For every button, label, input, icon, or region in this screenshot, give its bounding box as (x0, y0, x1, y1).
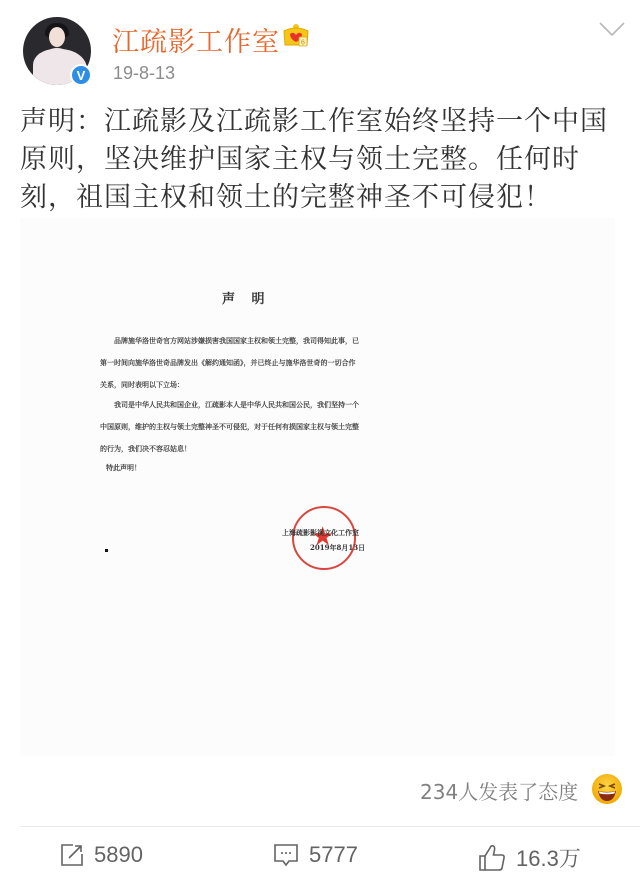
thumbs-up-icon (478, 844, 506, 872)
document-signature: 上海疏影影视文化工作室 (282, 528, 359, 538)
author-name[interactable]: 江疏影工作室 (112, 20, 280, 59)
divider (20, 826, 640, 827)
comment-count: 5777 (309, 842, 358, 868)
post-date: 19-8-13 (113, 63, 175, 84)
document-closing: 特此声明！ (106, 463, 141, 473)
repost-button[interactable]: 5890 (60, 842, 143, 868)
document-title: 声 明 (222, 288, 271, 307)
statement-image[interactable]: 声 明 品牌施华洛世奇官方网站涉嫌损害我国国家主权和领土完整，我司得知此事，已第… (20, 218, 615, 756)
post-header: V 江疏影工作室 6 19-8-13 (0, 0, 640, 95)
attitude-count[interactable]: 234人发表了态度 (420, 776, 578, 805)
document-mark (105, 549, 108, 552)
crown-icon[interactable]: 6 (282, 23, 310, 49)
comment-button[interactable]: 5777 (273, 842, 358, 868)
repost-icon (60, 843, 84, 867)
like-count: 16.3万 (516, 842, 581, 873)
document-signature-date: 2019年8月13日 (310, 543, 365, 553)
verified-icon: V (70, 64, 92, 86)
repost-count: 5890 (94, 842, 143, 868)
laughing-emoji-icon[interactable] (591, 773, 623, 805)
like-button[interactable]: 16.3万 (478, 842, 581, 873)
document-paragraph-2: 我司是中华人民共和国企业，江疏影本人是中华人民共和国公民，我们坚持一个中国原则，… (100, 394, 360, 460)
document-paragraph-1: 品牌施华洛世奇官方网站涉嫌损害我国国家主权和领土完整，我司得知此事，已第一时间向… (100, 330, 360, 396)
post-text: 声明：江疏影及江疏影工作室始终坚持一个中国原则，坚决维护国家主权与领土完整。任何… (20, 103, 620, 217)
comment-icon (273, 842, 299, 868)
avatar-face (49, 27, 65, 47)
svg-text:6: 6 (301, 40, 305, 47)
company-seal: ★ (292, 506, 356, 570)
action-bar: 5890 5777 16.3万 (0, 832, 640, 880)
chevron-down-icon[interactable] (598, 20, 626, 38)
